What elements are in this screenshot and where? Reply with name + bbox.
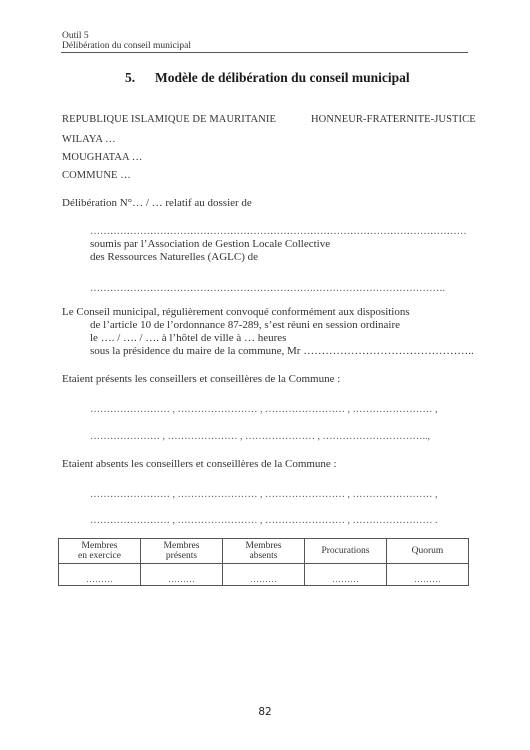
present-heading: Etaient présents les conseillers et cons… [62,373,340,386]
value-members-present[interactable]: ……… [141,564,223,586]
council-line-2: de l’article 10 de l’ordonnance 87-289, … [90,319,400,332]
value-members-in-office[interactable]: ……… [59,564,141,586]
absent-heading: Etaient absents les conseillers et conse… [62,458,337,471]
council-line-4: sous la présidence du maire de la commun… [90,345,474,358]
value-members-absent[interactable]: ……… [223,564,305,586]
value-proxies[interactable]: ……… [305,564,387,586]
deliberation-heading: Délibération N°… / … relatif au dossier … [62,197,252,210]
header-quorum: Quorum [387,539,469,564]
header-members-present: Membres présents [141,539,223,564]
value-quorum[interactable]: ……… [387,564,469,586]
header-rule [61,52,468,53]
header-proxies: Procurations [305,539,387,564]
dossier-blank-line[interactable]: …………………………………………………………………………………………………… [90,225,466,238]
present-names-row-1[interactable]: …………………… , …………………… , …………………… , …………………… [90,403,466,416]
membership-counts-table: Membres en exercice Membres présents Mem… [58,538,469,586]
letterhead-commune: COMMUNE … [62,169,131,182]
letterhead-motto: HONNEUR-FRATERNITE-JUSTICE [311,113,476,126]
present-names-row-2[interactable]: ………………… , ………………… , ………………… , …………………………… [90,430,466,443]
table-row: ……… ……… ……… ……… ……… [59,564,469,586]
letterhead-country: REPUBLIQUE ISLAMIQUE DE MAURITANIE [62,113,276,126]
section-title: Modèle de délibération du conseil munici… [155,70,410,86]
header-members-absent: Membres absents [223,539,305,564]
absent-names-row-2[interactable]: …………………… , …………………… , …………………… , …………………… [90,514,466,527]
running-header-title: Délibération du conseil municipal [62,41,191,52]
absent-names-row-1[interactable]: …………………… , …………………… , …………………… , …………………… [90,488,466,501]
submitted-by-line-2: des Ressources Naturelles (AGLC) de [90,251,258,264]
letterhead-moughataa: MOUGHATAA … [62,151,142,164]
aglc-blank-line[interactable]: ………………………………………………………….…………………………………. [90,282,466,295]
council-line-1: Le Conseil municipal, régulièrement conv… [62,306,410,319]
council-line-3: le …. / …. / …. à l’hôtel de ville à … h… [90,332,286,345]
page-number: 82 [0,706,530,718]
header-members-in-office: Membres en exercice [59,539,141,564]
section-number: 5. [125,70,135,86]
submitted-by-line-1: soumis par l’Association de Gestion Loca… [90,238,330,251]
letterhead-wilaya: WILAYA … [62,133,116,146]
